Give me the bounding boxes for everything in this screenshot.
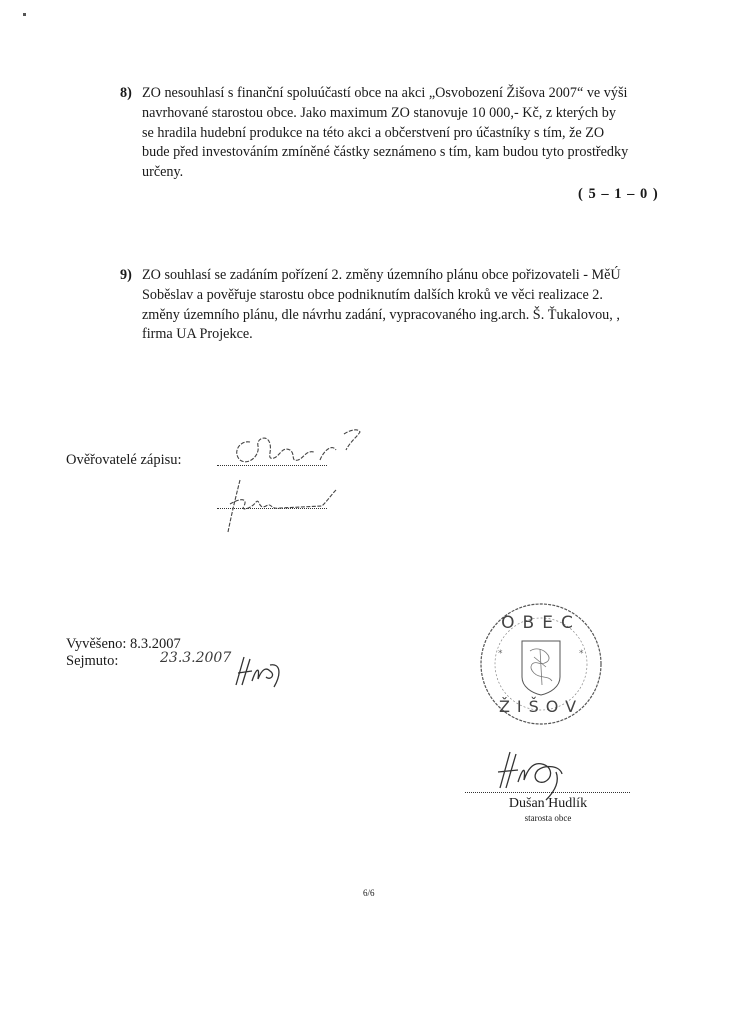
stamp-top-text: OBEC xyxy=(500,613,582,633)
text-line: firma UA Projekce. xyxy=(142,325,660,345)
text-line: se hradila hudební produkce na této akci… xyxy=(142,124,660,144)
resolution-8: 8) ZO nesouhlasí s finanční spoluúčastí … xyxy=(120,84,660,183)
text-line: změny územního plánu, dle návrhu zadání,… xyxy=(142,306,660,326)
signatory-name: Dušan Hudlík xyxy=(503,796,593,812)
resolution-number: 8) xyxy=(120,84,132,104)
signatory-role: starosta obce xyxy=(503,813,593,823)
mayor-signature-icon xyxy=(490,742,580,802)
text-line: ZO souhlasí se zadáním pořízení 2. změny… xyxy=(142,266,660,286)
stamp-text: OBEC ŽIŠOV xyxy=(478,601,604,727)
text-line: určeny. xyxy=(142,163,660,183)
resolution-number: 9) xyxy=(120,266,132,286)
mayor-signature-line xyxy=(465,792,630,793)
page-number: 6/6 xyxy=(363,888,375,898)
text-line: navrhované starostou obce. Jako maximum … xyxy=(142,104,660,124)
verifier-signatures-icon xyxy=(210,420,370,540)
resolution-text: ZO nesouhlasí s finanční spoluúčastí obc… xyxy=(142,84,660,183)
removed-date-handwritten: 23.3.2007 xyxy=(160,650,231,666)
vote-result: ( 5 – 1 – 0 ) xyxy=(578,186,659,203)
resolution-text: ZO souhlasí se zadáním pořízení 2. změny… xyxy=(142,266,660,345)
resolution-9: 9) ZO souhlasí se zadáním pořízení 2. zm… xyxy=(120,266,660,345)
removed-label: Sejmuto: xyxy=(66,653,118,670)
stamp-bottom-text: ŽIŠOV xyxy=(496,697,586,716)
posted-label: Vyvěšeno: xyxy=(66,636,126,652)
text-line: Soběslav a pověřuje starostu obce podnik… xyxy=(142,286,660,306)
scan-artifact-dot xyxy=(23,13,26,16)
text-line: ZO nesouhlasí s finanční spoluúčastí obc… xyxy=(142,84,660,104)
posting-initials-icon xyxy=(230,645,290,695)
verifiers-label: Ověřovatelé zápisu: xyxy=(66,452,182,469)
text-line: bude před investováním zmíněné částky se… xyxy=(142,143,660,163)
